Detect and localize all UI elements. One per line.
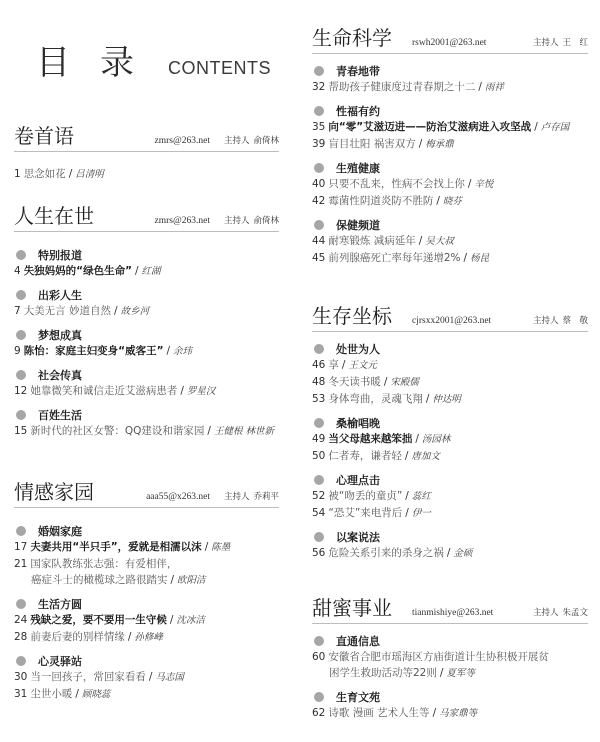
section-host: 主持人朱孟文	[533, 606, 588, 618]
article-author: 马家鼎等	[439, 708, 477, 719]
bullet-icon	[314, 344, 324, 354]
section-renshengzaishi: 人生在世 zmrs@263.net 主持人俞倚林 特别报道 4失独妈妈的“绿色生…	[14, 204, 279, 440]
subsection-title: 梦想成真	[38, 327, 82, 343]
toc-entry[interactable]: 62诗歌 漫画 艺术人生等/马家鼎等	[312, 705, 588, 722]
section-header: 情感家园 aaa55@x263.net 主持人乔莉平	[14, 480, 279, 508]
subsection: 生活方圆 24残缺之爱，要不要用一生守候/沈冰洁 28前妻后妻的别样情缘/孙修峰	[14, 595, 279, 646]
toc-entry[interactable]: 40只要不乱来，性病不会找上你/辛悦	[312, 176, 588, 193]
article-author: 故乡河	[121, 306, 150, 317]
page-number: 1	[14, 168, 21, 180]
article-title: 享	[328, 359, 339, 371]
article-title: 身体弯曲，灵魂飞翔	[328, 393, 423, 405]
article-title-continued: 癌症斗士的橄榄球之路很踏实	[31, 574, 168, 586]
section-juanshouyu: 卷首语 zmrs@263.net 主持人俞倚林 1思念如花/吕清明	[14, 124, 279, 183]
page-number: 30	[14, 671, 27, 683]
toc-entry[interactable]: 56危险关系引来的杀身之祸/金硕	[312, 545, 588, 562]
host-label: 主持人	[224, 216, 250, 226]
article-author: 夏军等	[446, 668, 475, 679]
toc-entry[interactable]: 54“恐艾”来电背后/伊一	[312, 505, 588, 522]
article-author: 卢存国	[541, 122, 570, 133]
article-author: 沈冰洁	[176, 615, 205, 626]
article-author: 顾晓蕊	[82, 689, 111, 700]
subsection: 出彩人生 7大美无言 妙道自然/故乡河	[14, 286, 279, 320]
page-number: 46	[312, 359, 325, 371]
article-author: 蕊红	[412, 491, 431, 502]
article-title: 只要不乱来，性病不会找上你	[328, 178, 465, 190]
bullet-icon	[314, 636, 324, 646]
article-title: 当父母越来越笨拙	[328, 433, 412, 445]
section-host: 主持人王 红	[533, 36, 588, 48]
page-number: 28	[14, 631, 27, 643]
section-header: 生命科学 rswh2001@263.net 主持人王 红	[312, 26, 588, 54]
article-title: 国家队教练张志强：有爱相伴，	[30, 558, 177, 570]
subsection: 桑榆唱晚 49当父母越来越笨拙/汤园林 50仁者寿，谦者轻/唐加文	[312, 414, 588, 465]
section-email[interactable]: cjrsxx2001@263.net	[412, 316, 491, 326]
subsection: 生育文苑 62诗歌 漫画 艺术人生等/马家鼎等	[312, 688, 588, 722]
page-number: 50	[312, 450, 325, 462]
bullet-icon	[16, 656, 26, 666]
bullet-icon	[16, 410, 26, 420]
article-title: 陈怡：家庭主妇变身“威客王”	[24, 345, 164, 357]
subsection-title: 特别报道	[38, 247, 82, 263]
subsection: 青春地带 32帮助孩子健康度过青春期之十二/雨祥	[312, 62, 588, 96]
page-number: 62	[312, 707, 325, 719]
article-title: 向“零”艾滋迈进——防治艾滋病进入攻坚战	[328, 121, 531, 133]
subsection-title: 处世为人	[336, 341, 380, 357]
subsection-title: 百姓生活	[38, 407, 82, 423]
page-number: 44	[312, 235, 325, 247]
section-email[interactable]: rswh2001@263.net	[412, 38, 486, 48]
host-label: 主持人	[533, 38, 559, 48]
page-number: 24	[14, 614, 27, 626]
section-email[interactable]: zmrs@263.net	[155, 136, 210, 146]
bullet-icon	[16, 250, 26, 260]
subsection-title: 桑榆唱晚	[336, 415, 380, 431]
section-header: 卷首语 zmrs@263.net 主持人俞倚林	[14, 124, 279, 152]
page-number: 35	[312, 121, 325, 133]
page-number: 39	[312, 138, 325, 150]
subsection: 处世为人 46享/王文元 48冬天读书暖/宋殿儒 53身体弯曲，灵魂飞翔/仲达明	[312, 340, 588, 408]
toc-entry[interactable]: 44耐寒锻炼 减病延年/吴大叔	[312, 233, 588, 250]
toc-entry[interactable]: 7大美无言 妙道自然/故乡河	[14, 303, 279, 320]
toc-entry[interactable]: 21国家队教练张志强：有爱相伴，	[14, 556, 279, 572]
page-number: 42	[312, 195, 325, 207]
host-name: 俞倚林	[253, 136, 279, 146]
toc-entry[interactable]: 17夫妻共用“半只手”，爱就是相濡以沫/陈墨	[14, 539, 279, 556]
subsection: 心灵驿站 30当一回孩子，常回家看看/马志国 31尘世小暖/顾晓蕊	[14, 652, 279, 703]
subsection: 性福有约 35向“零”艾滋迈进——防治艾滋病进入攻坚战/卢存国 39盲目壮阳 祸…	[312, 102, 588, 153]
section-title: 生命科学	[312, 26, 392, 50]
page-number: 21	[14, 558, 27, 570]
toc-entry-continuation[interactable]: 癌症斗士的橄榄球之路很踏实/欧阳洁	[14, 572, 279, 589]
toc-entry-continuation[interactable]: 困学生救助活动等22则/夏军等	[312, 665, 588, 682]
toc-entry[interactable]: 42霉菌性阴道炎防不胜防/晓芬	[312, 193, 588, 210]
section-tianmishiye: 甜蜜事业 tianmishiye@263.net 主持人朱孟文 直通信息 60安…	[312, 596, 588, 722]
bullet-icon	[314, 532, 324, 542]
article-author: 红湖	[142, 266, 161, 277]
bullet-icon	[314, 66, 324, 76]
subsection: 心理点击 52被“吻丢的童贞”/蕊红 54“恐艾”来电背后/伊一	[312, 471, 588, 522]
section-header: 生存坐标 cjrsxx2001@263.net 主持人蔡 敬	[312, 304, 588, 332]
article-title: 残缺之爱，要不要用一生守候	[30, 614, 167, 626]
section-qingganjiayuan: 情感家园 aaa55@x263.net 主持人乔莉平 婚姻家庭 17夫妻共用“半…	[14, 480, 279, 703]
page-number: 60	[312, 651, 325, 663]
toc-entry[interactable]: 24残缺之爱，要不要用一生守候/沈冰洁	[14, 612, 279, 629]
subsection: 生殖健康 40只要不乱来，性病不会找上你/辛悦 42霉菌性阴道炎防不胜防/晓芬	[312, 159, 588, 210]
article-title: 夫妻共用“半只手”，爱就是相濡以沫	[30, 541, 201, 553]
page-number: 17	[14, 541, 27, 553]
toc-entry[interactable]: 49当父母越来越笨拙/汤园林	[312, 431, 588, 448]
article-title-continued: 困学生救助活动等22则	[329, 667, 437, 679]
subsection-title: 出彩人生	[38, 287, 82, 303]
article-title: 尘世小暖	[30, 688, 72, 700]
host-label: 主持人	[533, 608, 559, 618]
article-author: 雨祥	[485, 82, 504, 93]
page-number: 32	[312, 81, 325, 93]
page-number: 9	[14, 345, 21, 357]
table-of-contents-page: 目录 CONTENTS 卷首语 zmrs@263.net 主持人俞倚林 1思念如…	[0, 0, 600, 742]
title-chinese: 目录	[36, 44, 164, 82]
article-title: 诗歌 漫画 艺术人生等	[328, 707, 429, 719]
article-author: 金硕	[453, 548, 472, 559]
subsection-title: 直通信息	[336, 633, 380, 649]
subsection-title: 性福有约	[336, 103, 380, 119]
section-host: 主持人俞倚林	[224, 134, 279, 146]
section-host: 主持人乔莉平	[224, 490, 279, 502]
bullet-icon	[314, 692, 324, 702]
article-title: 盲目壮阳 祸害双方	[328, 138, 415, 150]
article-title: 前妻后妻的别样情缘	[30, 631, 125, 643]
host-name: 乔莉平	[253, 492, 279, 502]
subsection-title: 婚姻家庭	[38, 523, 82, 539]
host-label: 主持人	[533, 316, 559, 326]
toc-entry[interactable]: 50仁者寿，谦者轻/唐加文	[312, 448, 588, 465]
toc-entry[interactable]: 39盲目壮阳 祸害双方/梅承鼎	[312, 136, 588, 153]
bullet-icon	[16, 330, 26, 340]
toc-entry[interactable]: 45前列腺癌死亡率每年递增2%/杨昆	[312, 250, 588, 267]
host-name: 俞倚林	[253, 216, 279, 226]
toc-entry[interactable]: 48冬天读书暖/宋殿儒	[312, 374, 588, 391]
subsection-title: 青春地带	[336, 63, 380, 79]
article-author: 孙修峰	[134, 632, 163, 643]
article-title: 耐寒锻炼 减病延年	[328, 235, 415, 247]
toc-entry[interactable]: 30当一回孩子，常回家看看/马志国	[14, 669, 279, 686]
article-title: 新时代的社区女警：QQ建设和谐家园	[30, 425, 204, 437]
page-number: 31	[14, 688, 27, 700]
subsection: 梦想成真 9陈怡：家庭主妇变身“威客王”/余玮	[14, 326, 279, 360]
toc-entry[interactable]: 32帮助孩子健康度过青春期之十二/雨祥	[312, 79, 588, 96]
subsection: 保健频道 44耐寒锻炼 减病延年/吴大叔 45前列腺癌死亡率每年递增2%/杨昆	[312, 216, 588, 267]
article-title: 思念如花	[24, 168, 66, 180]
subsection-title: 社会传真	[38, 367, 82, 383]
bullet-icon	[16, 370, 26, 380]
article-author: 仲达明	[432, 394, 461, 405]
article-author: 王文元	[348, 360, 377, 371]
section-title: 生存坐标	[312, 304, 392, 328]
article-author: 唐加文	[411, 451, 440, 462]
section-email[interactable]: tianmishiye@263.net	[412, 608, 493, 618]
section-email[interactable]: zmrs@263.net	[155, 216, 210, 226]
bullet-icon	[16, 290, 26, 300]
article-title: 被“吻丢的童贞”	[328, 490, 402, 502]
bullet-icon	[314, 220, 324, 230]
host-name: 朱孟文	[562, 608, 588, 618]
page-number: 56	[312, 547, 325, 559]
page-number: 15	[14, 425, 27, 437]
subsection-title: 心理点击	[336, 472, 380, 488]
article-title: 她靠微笑和诚信走近艾滋病患者	[30, 385, 177, 397]
subsection-title: 生活方圆	[38, 596, 82, 612]
contents-title: 目录 CONTENTS	[36, 44, 271, 82]
article-title: 安徽省合肥市瑶海区方庙街道计生协积极开展贫	[328, 651, 549, 663]
bullet-icon	[314, 106, 324, 116]
toc-entry[interactable]: 46享/王文元	[312, 357, 588, 374]
section-host: 主持人蔡 敬	[533, 314, 588, 326]
toc-entry[interactable]: 52被“吻丢的童贞”/蕊红	[312, 488, 588, 505]
article-author: 吕清明	[75, 169, 104, 180]
page-number: 53	[312, 393, 325, 405]
article-author: 杨昆	[470, 253, 489, 264]
section-title: 甜蜜事业	[312, 596, 392, 620]
article-author: 陈墨	[211, 542, 230, 553]
toc-entry[interactable]: 12她靠微笑和诚信走近艾滋病患者/罗星汉	[14, 383, 279, 400]
toc-entry[interactable]: 31尘世小暖/顾晓蕊	[14, 686, 279, 703]
subsection-title: 以案说法	[336, 529, 380, 545]
article-title: “恐艾”来电背后	[328, 507, 402, 519]
article-author: 晓芬	[443, 196, 462, 207]
article-title: 前列腺癌死亡率每年递增2%	[328, 252, 460, 264]
article-title: 大美无言 妙道自然	[24, 305, 111, 317]
bullet-icon	[314, 163, 324, 173]
page-number: 4	[14, 265, 21, 277]
page-number: 52	[312, 490, 325, 502]
article-author: 汤园林	[422, 434, 451, 445]
subsection: 直通信息 60安徽省合肥市瑶海区方庙街道计生协积极开展贫 困学生救助活动等22则…	[312, 632, 588, 682]
title-english: CONTENTS	[168, 56, 271, 80]
subsection: 婚姻家庭 17夫妻共用“半只手”，爱就是相濡以沫/陈墨 21国家队教练张志强：有…	[14, 522, 279, 589]
article-title: 危险关系引来的杀身之祸	[328, 547, 444, 559]
bullet-icon	[314, 418, 324, 428]
page-number: 40	[312, 178, 325, 190]
subsection-title: 生殖健康	[336, 160, 380, 176]
toc-entry[interactable]: 15新时代的社区女警：QQ建设和谐家园/王健根 林世新	[14, 423, 279, 440]
toc-entry[interactable]: 53身体弯曲，灵魂飞翔/仲达明	[312, 391, 588, 408]
article-title: 当一回孩子，常回家看看	[30, 671, 146, 683]
article-author: 宋殿儒	[390, 377, 419, 388]
section-email[interactable]: aaa55@x263.net	[146, 492, 210, 502]
page-number: 7	[14, 305, 21, 317]
host-label: 主持人	[224, 136, 250, 146]
section-shengmingkexue: 生命科学 rswh2001@263.net 主持人王 红 青春地带 32帮助孩子…	[312, 26, 588, 267]
article-title: 帮助孩子健康度过青春期之十二	[328, 81, 475, 93]
subsection: 社会传真 12她靠微笑和诚信走近艾滋病患者/罗星汉	[14, 366, 279, 400]
section-header: 甜蜜事业 tianmishiye@263.net 主持人朱孟文	[312, 596, 588, 624]
subsection: 特别报道 4失独妈妈的“绿色生命”/红湖	[14, 246, 279, 280]
bullet-icon	[16, 599, 26, 609]
subsection-title: 生育文苑	[336, 689, 380, 705]
toc-entry[interactable]: 28前妻后妻的别样情缘/孙修峰	[14, 629, 279, 646]
page-number: 48	[312, 376, 325, 388]
article-title: 霉菌性阴道炎防不胜防	[328, 195, 433, 207]
toc-entry[interactable]: 4失独妈妈的“绿色生命”/红湖	[14, 263, 279, 280]
section-shengcunzuobiao: 生存坐标 cjrsxx2001@263.net 主持人蔡 敬 处世为人 46享/…	[312, 304, 588, 562]
article-author: 罗星汉	[187, 386, 216, 397]
toc-entry[interactable]: 35向“零”艾滋迈进——防治艾滋病进入攻坚战/卢存国	[312, 119, 588, 136]
section-header: 人生在世 zmrs@263.net 主持人俞倚林	[14, 204, 279, 232]
subsection-title: 保健频道	[336, 217, 380, 233]
article-title: 仁者寿，谦者轻	[328, 450, 402, 462]
article-author: 伊一	[412, 508, 431, 519]
subsection: 百姓生活 15新时代的社区女警：QQ建设和谐家园/王健根 林世新	[14, 406, 279, 440]
host-label: 主持人	[224, 492, 250, 502]
subsection: 以案说法 56危险关系引来的杀身之祸/金硕	[312, 528, 588, 562]
host-name: 蔡 敬	[562, 316, 588, 326]
page-number: 49	[312, 433, 325, 445]
article-author: 欧阳洁	[177, 575, 206, 586]
bullet-icon	[314, 475, 324, 485]
article-author: 马志国	[155, 672, 184, 683]
article-author: 辛悦	[474, 179, 493, 190]
subsection-title: 心灵驿站	[38, 653, 82, 669]
article-title: 冬天读书暖	[328, 376, 381, 388]
article-author: 余玮	[173, 346, 192, 357]
page-number: 54	[312, 507, 325, 519]
section-title: 卷首语	[14, 124, 74, 148]
section-title: 人生在世	[14, 204, 94, 228]
section-host: 主持人俞倚林	[224, 214, 279, 226]
article-author: 王健根 林世新	[214, 426, 274, 437]
bullet-icon	[16, 526, 26, 536]
toc-entry[interactable]: 60安徽省合肥市瑶海区方庙街道计生协积极开展贫	[312, 649, 588, 665]
article-author: 吴大叔	[425, 236, 454, 247]
toc-entry[interactable]: 1思念如花/吕清明	[14, 166, 279, 183]
page-number: 12	[14, 385, 27, 397]
toc-entry[interactable]: 9陈怡：家庭主妇变身“威客王”/余玮	[14, 343, 279, 360]
article-title: 失独妈妈的“绿色生命”	[24, 265, 132, 277]
host-name: 王 红	[562, 38, 588, 48]
page-number: 45	[312, 252, 325, 264]
article-author: 梅承鼎	[425, 139, 454, 150]
section-title: 情感家园	[14, 480, 94, 504]
